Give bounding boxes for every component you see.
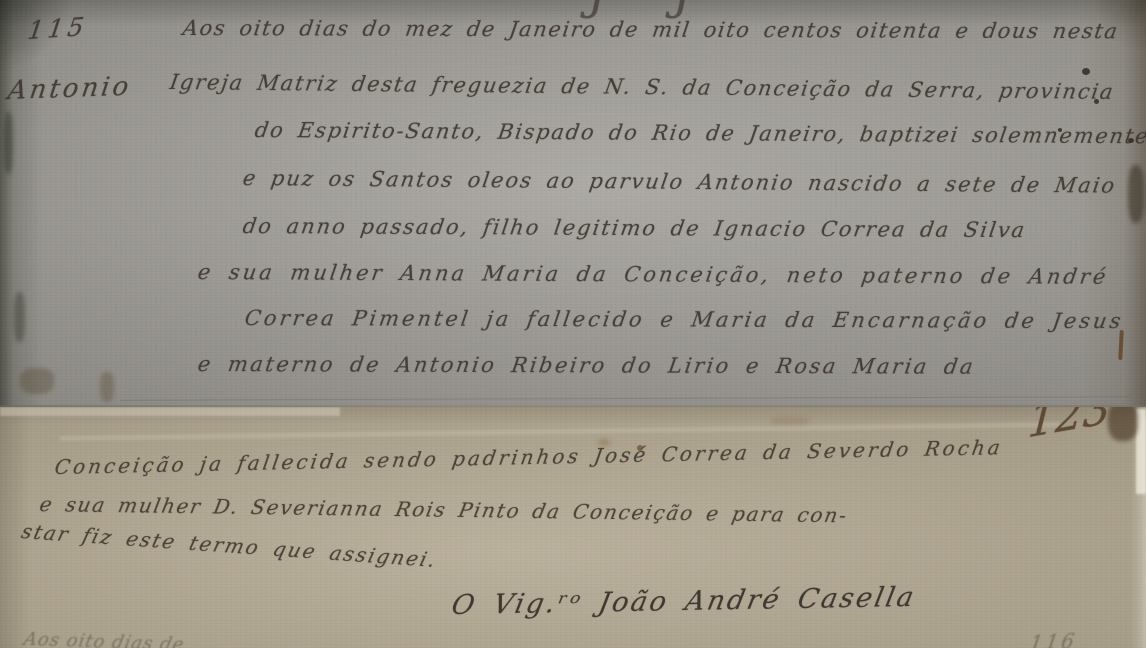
record-line: e sua mulher Anna Maria da Conceição, ne… [196, 260, 1110, 289]
ink-blot [1128, 138, 1134, 143]
record-line: Aos oito dias do mez de Janeiro de mil o… [181, 16, 1120, 43]
margin-entry-name: Antonio [6, 72, 134, 106]
ink-blot [1082, 68, 1090, 75]
record-line: do anno passado, filho legitimo de Ignac… [241, 214, 1028, 242]
paper-stain [100, 372, 114, 402]
paper-stain [14, 292, 25, 342]
next-record-margin-number: 116 [1028, 628, 1079, 648]
record-line: e materno de Antonio Ribeiro do Lirio e … [196, 352, 977, 379]
record-line: Conceição ja fallecida sendo padrinhos J… [53, 435, 1005, 479]
paper-stain [770, 417, 810, 425]
scan-photo-top: J J 115 Antonio Aos oito dias do mez de … [0, 0, 1146, 407]
record-line: do Espirito-Santo, Bispado do Rio de Jan… [253, 118, 1146, 148]
ink-blot [1058, 128, 1062, 132]
next-record-fragment: Aos oito dias de [22, 629, 187, 648]
edge-ink-smear [1128, 165, 1144, 223]
register-scan-page: J J 115 Antonio Aos oito dias do mez de … [0, 0, 1146, 648]
paper-stain [598, 439, 610, 446]
ink-stroke [1118, 330, 1124, 360]
record-line: e puz os Santos oleos ao parvulo Antonio… [241, 166, 1118, 198]
record-line: Correa Pimentel ja fallecido e Maria da … [243, 306, 1125, 333]
record-line: e sua mulher D. Severianna Rois Pinto da… [38, 492, 850, 527]
ink-blot [1094, 99, 1099, 104]
paper-stain [20, 368, 54, 394]
paper-grain [0, 0, 1146, 407]
corner-stain [1108, 407, 1138, 441]
scan-photo-bottom: 123 Conceição ja fallecida sendo padrinh… [0, 407, 1146, 648]
page-number: 123 [1026, 407, 1112, 449]
ruled-line [120, 396, 1130, 401]
paper-stain [4, 112, 13, 174]
margin-entry-number: 115 [26, 12, 90, 46]
record-line: star fiz este termo que assignei. [19, 519, 440, 572]
record-line: Igreja Matriz desta freguezia de N. S. d… [168, 70, 1116, 104]
vicar-signature: O Vig.ʳᵒ João André Casella [449, 582, 919, 621]
page-edge-highlight [0, 407, 340, 416]
paper-stain [637, 445, 643, 451]
